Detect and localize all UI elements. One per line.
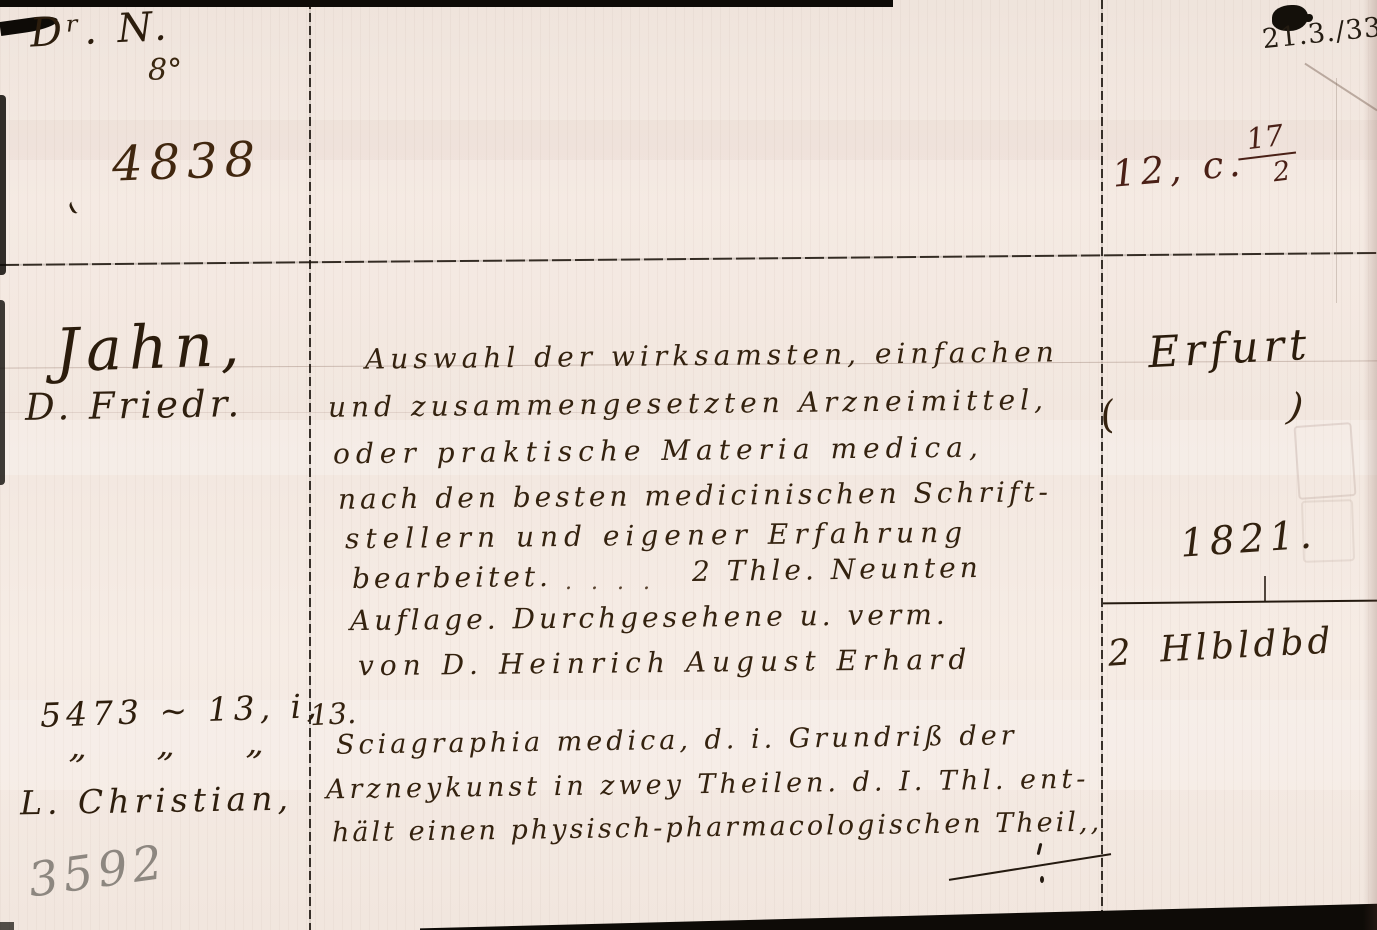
scan-edge-right-shadow xyxy=(1363,0,1377,930)
second-title-line: Sciagraphia medica, d. i. Grundriß der xyxy=(336,722,1018,759)
title-line: Auswahl der wirksamsten, einfachen xyxy=(365,338,1059,373)
scan-edge-left xyxy=(0,95,6,275)
paren-open: ( xyxy=(1097,395,1118,435)
fraction-numerator: 17 xyxy=(1244,118,1285,156)
catalog-card: Dʳ. N. 8° 4838 21.3./33 12, c. 17 2 Jahn… xyxy=(0,0,1377,930)
second-title-line: Arzneykunst in zwey Theilen. d. I. Thl. … xyxy=(326,766,1090,804)
closing-dash-dot xyxy=(1040,876,1044,883)
stray-mark xyxy=(68,198,85,215)
publication-year: 1821. xyxy=(1179,515,1318,563)
scan-edge-bottom xyxy=(420,898,1377,930)
leader-dots: . . . . xyxy=(565,572,656,594)
scan-edge-left xyxy=(0,300,5,485)
paper-crease xyxy=(1336,78,1337,303)
edition-line: von D. Heinrich August Erhard xyxy=(358,646,973,680)
binding-note: Hlbldbd xyxy=(1159,623,1335,668)
author-surname: Jahn, xyxy=(54,315,247,382)
scan-edge-bottom-left xyxy=(0,922,14,930)
title-line: nach den besten medicinischen Schrift- xyxy=(338,478,1052,513)
title-line: bearbeitet. xyxy=(352,563,552,593)
edition-line: 2 Thle. Neunten xyxy=(692,554,982,586)
closing-dash-tick xyxy=(1037,843,1043,855)
watermark-emboss xyxy=(1293,422,1356,500)
second-title-line: hält einen physisch-pharmacologischen Th… xyxy=(332,809,1102,847)
shelfmark-continuation: 13. xyxy=(309,699,357,730)
pencil-number: 3592 xyxy=(25,839,170,905)
binding-count: 2 xyxy=(1107,635,1132,673)
title-line: stellern und eigener Erfahrung xyxy=(345,519,968,554)
location-fraction: 17 2 xyxy=(1234,117,1300,193)
row-rule-year-divider xyxy=(1103,600,1377,605)
edition-line: Auflage. Durchgesehene u. verm. xyxy=(350,601,949,635)
shelf-number: 4838 xyxy=(111,135,263,188)
row-rule-top xyxy=(0,252,1377,266)
column-rule-left xyxy=(309,0,311,930)
publication-place: Erfurt xyxy=(1147,324,1312,375)
shelfmark: 5473 ~ 13, i, xyxy=(40,689,323,732)
classmark: Dʳ. N. xyxy=(29,6,171,53)
format-mark: 8° xyxy=(148,56,182,86)
title-line: und zusammengesetzten Arzneimittel, xyxy=(328,386,1048,422)
author-forename: D. Friedr. xyxy=(25,385,244,426)
column-rule-right xyxy=(1101,0,1103,930)
title-line: oder praktische Materia medica, xyxy=(333,434,984,469)
tick-mark xyxy=(1264,576,1266,601)
location-mark: 12, c. xyxy=(1111,144,1247,192)
ditto-mark: „ xyxy=(245,725,266,761)
fraction-denominator: 2 xyxy=(1271,155,1292,188)
ditto-mark: „ xyxy=(156,727,177,763)
ditto-mark: „ xyxy=(68,729,89,765)
second-author: L. Christian, xyxy=(20,782,293,820)
closing-dash xyxy=(949,853,1111,881)
paren-close: ) xyxy=(1285,387,1305,427)
